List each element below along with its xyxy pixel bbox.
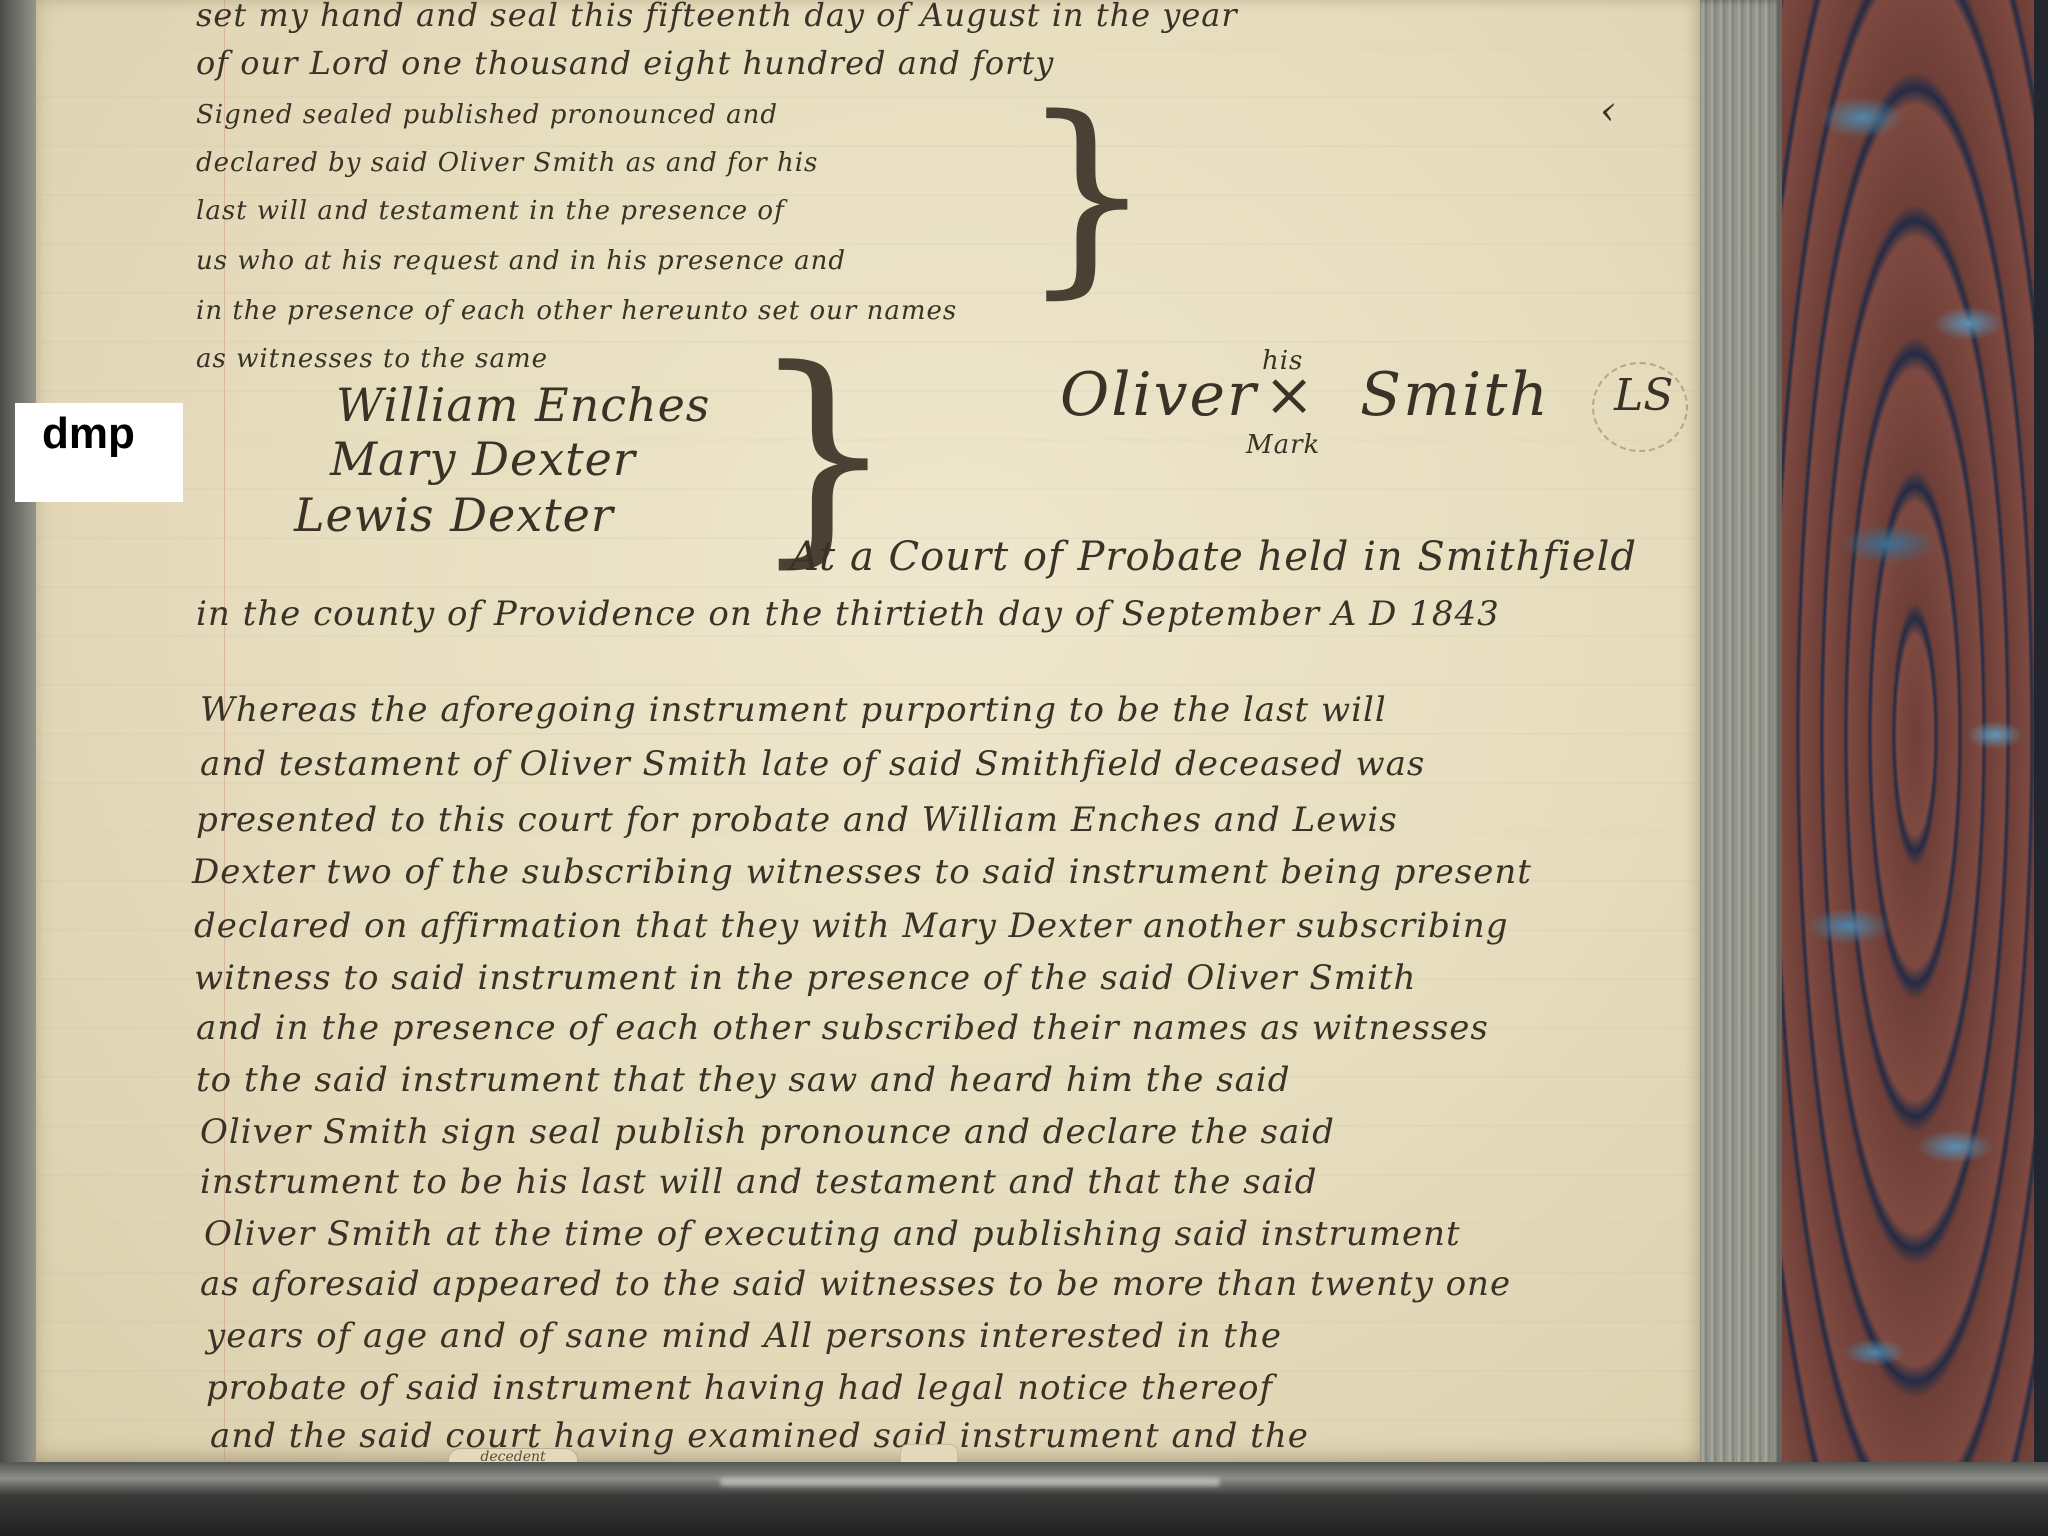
will-line-1: set my hand and seal this fifteenth day … xyxy=(196,0,1238,34)
court-heading-line-1: At a Court of Probate held in Smithfield xyxy=(790,534,1637,580)
brace-icon: } xyxy=(1020,90,1154,300)
probate-line: and in the presence of each other subscr… xyxy=(196,1008,1489,1048)
probate-line: presented to this court for probate and … xyxy=(196,800,1398,840)
binder-bottom-edge xyxy=(0,1462,2048,1536)
will-line-4: declared by said Oliver Smith as and for… xyxy=(196,148,818,178)
probate-line: declared on affirmation that they with M… xyxy=(194,906,1509,946)
probate-line: Dexter two of the subscribing witnesses … xyxy=(192,852,1532,892)
marbled-endpaper xyxy=(1782,0,2048,1470)
will-line-3: Signed sealed published pronounced and xyxy=(196,100,778,130)
witness-signature: Lewis Dexter xyxy=(294,488,614,542)
will-line-5: last will and testament in the presence … xyxy=(196,196,785,226)
signature-mark-x: × xyxy=(1264,360,1316,430)
page-block-edge xyxy=(1700,0,1782,1490)
sleeve-glare xyxy=(720,1478,1220,1486)
probate-line: Oliver Smith at the time of executing an… xyxy=(204,1214,1461,1254)
probate-line: instrument to be his last will and testa… xyxy=(200,1162,1318,1202)
witness-signature: William Enches xyxy=(336,378,710,432)
seal-ls: LS xyxy=(1614,370,1673,421)
flourish-mark: ‹ xyxy=(1600,88,1617,134)
probate-line: and testament of Oliver Smith late of sa… xyxy=(200,744,1425,784)
witness-signature: Mary Dexter xyxy=(330,432,636,486)
court-heading-line-2: in the county of Providence on the thirt… xyxy=(196,594,1500,634)
cover-edge xyxy=(2034,0,2048,1470)
will-line-2: of our Lord one thousand eight hundred a… xyxy=(196,44,1054,82)
signature-last-name: Smith xyxy=(1360,360,1550,430)
overlay-label: dmp xyxy=(15,403,183,502)
probate-line: as aforesaid appeared to the said witnes… xyxy=(200,1264,1511,1304)
signature-first-name: Oliver xyxy=(1060,360,1258,430)
probate-line: witness to said instrument in the presen… xyxy=(194,958,1416,998)
probate-line: Whereas the aforegoing instrument purpor… xyxy=(200,690,1387,730)
probate-line: years of age and of sane mind All person… xyxy=(206,1316,1282,1356)
will-line-6: us who at his request and in his presenc… xyxy=(196,246,846,276)
probate-line: and the said court having examined said … xyxy=(210,1416,1309,1456)
probate-line: Oliver Smith sign seal publish pronounce… xyxy=(200,1112,1335,1152)
signature-mark-label: Mark xyxy=(1246,430,1320,460)
will-line-8: as witnesses to the same xyxy=(196,344,548,374)
probate-line: to the said instrument that they saw and… xyxy=(196,1060,1291,1100)
probate-line: probate of said instrument having had le… xyxy=(206,1368,1273,1408)
